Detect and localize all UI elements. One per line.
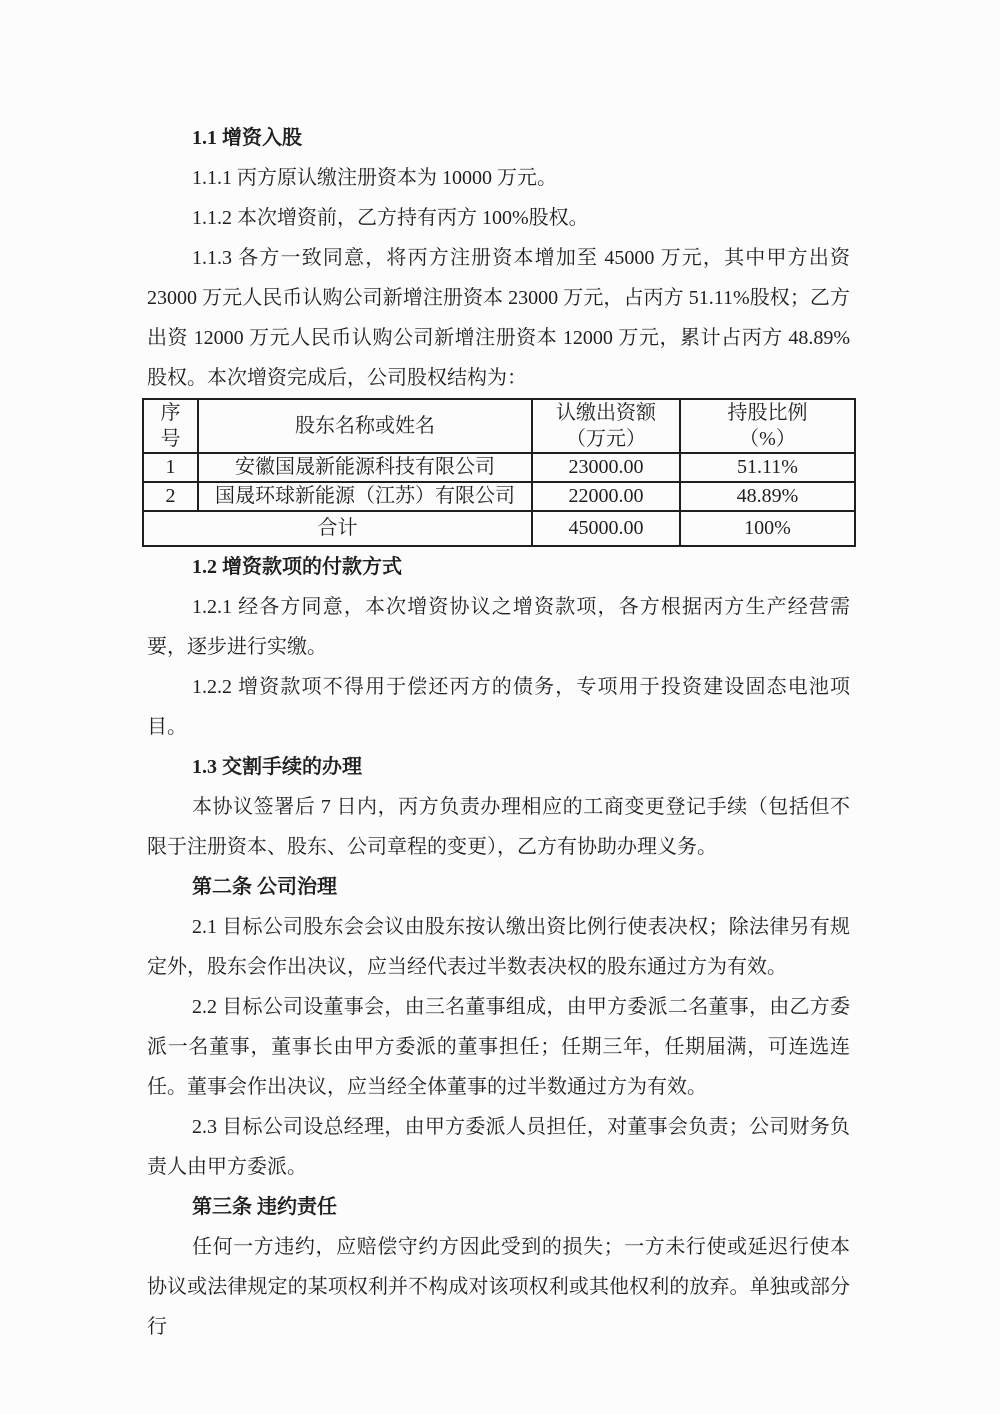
document-page: 1.1 增资入股 1.1.1 丙方原认缴注册资本为 10000 万元。 1.1.… (0, 0, 1000, 1414)
paragraph-1-1-3: 1.1.3 各方一致同意，将丙方注册资本增加至 45000 万元，其中甲方出资 … (147, 238, 850, 398)
cell-total-label: 合计 (143, 511, 532, 546)
table-header-row: 序 号 股东名称或姓名 认缴出资额 （万元） 持股比例 （%） (143, 399, 855, 453)
table-header-subscribed-capital: 认缴出资额 （万元） (532, 399, 680, 453)
table-header-no: 序 号 (143, 399, 198, 453)
paragraph-1-1-2: 1.1.2 本次增资前，乙方持有丙方 100%股权。 (147, 198, 850, 238)
section-heading-1-3: 1.3 交割手续的办理 (147, 747, 850, 787)
cell-row1-amount: 23000.00 (532, 453, 680, 482)
paragraph-2-3: 2.3 目标公司设总经理，由甲方委派人员担任，对董事会负责；公司财务负责人由甲方… (147, 1107, 850, 1187)
cell-row2-no: 2 (143, 482, 198, 511)
paragraph-1-2-1: 1.2.1 经各方同意，本次增资协议之增资款项，各方根据丙方生产经营需要，逐步进… (147, 587, 850, 667)
section-heading-1-2: 1.2 增资款项的付款方式 (147, 547, 850, 587)
cell-row2-name: 国晟环球新能源（江苏）有限公司 (198, 482, 532, 511)
paragraph-1-2-2: 1.2.2 增资款项不得用于偿还丙方的债务，专项用于投资建设固态电池项目。 (147, 667, 850, 747)
table-header-shareholding-ratio: 持股比例 （%） (680, 399, 855, 453)
article-2-heading: 第二条 公司治理 (147, 867, 850, 907)
shareholding-table-body: 1 安徽国晟新能源科技有限公司 23000.00 51.11% 2 国晟环球新能… (143, 453, 855, 546)
paragraph-1-3: 本协议签署后 7 日内，丙方负责办理相应的工商变更登记手续（包括但不限于注册资本… (147, 787, 850, 867)
table-row: 2 国晟环球新能源（江苏）有限公司 22000.00 48.89% (143, 482, 855, 511)
document-content: 1.1 增资入股 1.1.1 丙方原认缴注册资本为 10000 万元。 1.1.… (147, 118, 850, 1347)
table-row: 1 安徽国晟新能源科技有限公司 23000.00 51.11% (143, 453, 855, 482)
table-total-row: 合计 45000.00 100% (143, 511, 855, 546)
cell-row1-name: 安徽国晟新能源科技有限公司 (198, 453, 532, 482)
cell-row1-ratio: 51.11% (680, 453, 855, 482)
shareholding-table-header: 序 号 股东名称或姓名 认缴出资额 （万元） 持股比例 （%） (143, 399, 855, 453)
cell-row1-no: 1 (143, 453, 198, 482)
paragraph-1-1-1: 1.1.1 丙方原认缴注册资本为 10000 万元。 (147, 158, 850, 198)
section-heading-1-1: 1.1 增资入股 (147, 118, 850, 158)
cell-total-amount: 45000.00 (532, 511, 680, 546)
paragraph-3-intro: 任何一方违约，应赔偿守约方因此受到的损失；一方未行使或延迟行使本协议或法律规定的… (147, 1227, 850, 1347)
cell-total-ratio: 100% (680, 511, 855, 546)
paragraph-2-2: 2.2 目标公司设董事会，由三名董事组成，由甲方委派二名董事，由乙方委派一名董事… (147, 987, 850, 1107)
article-3-heading: 第三条 违约责任 (147, 1187, 850, 1227)
shareholding-table: 序 号 股东名称或姓名 认缴出资额 （万元） 持股比例 （%） 1 安徽国晟新能… (142, 398, 856, 547)
cell-row2-ratio: 48.89% (680, 482, 855, 511)
cell-row2-amount: 22000.00 (532, 482, 680, 511)
paragraph-2-1: 2.1 目标公司股东会会议由股东按认缴出资比例行使表决权；除法律另有规定外，股东… (147, 907, 850, 987)
table-header-shareholder-name: 股东名称或姓名 (198, 399, 532, 453)
